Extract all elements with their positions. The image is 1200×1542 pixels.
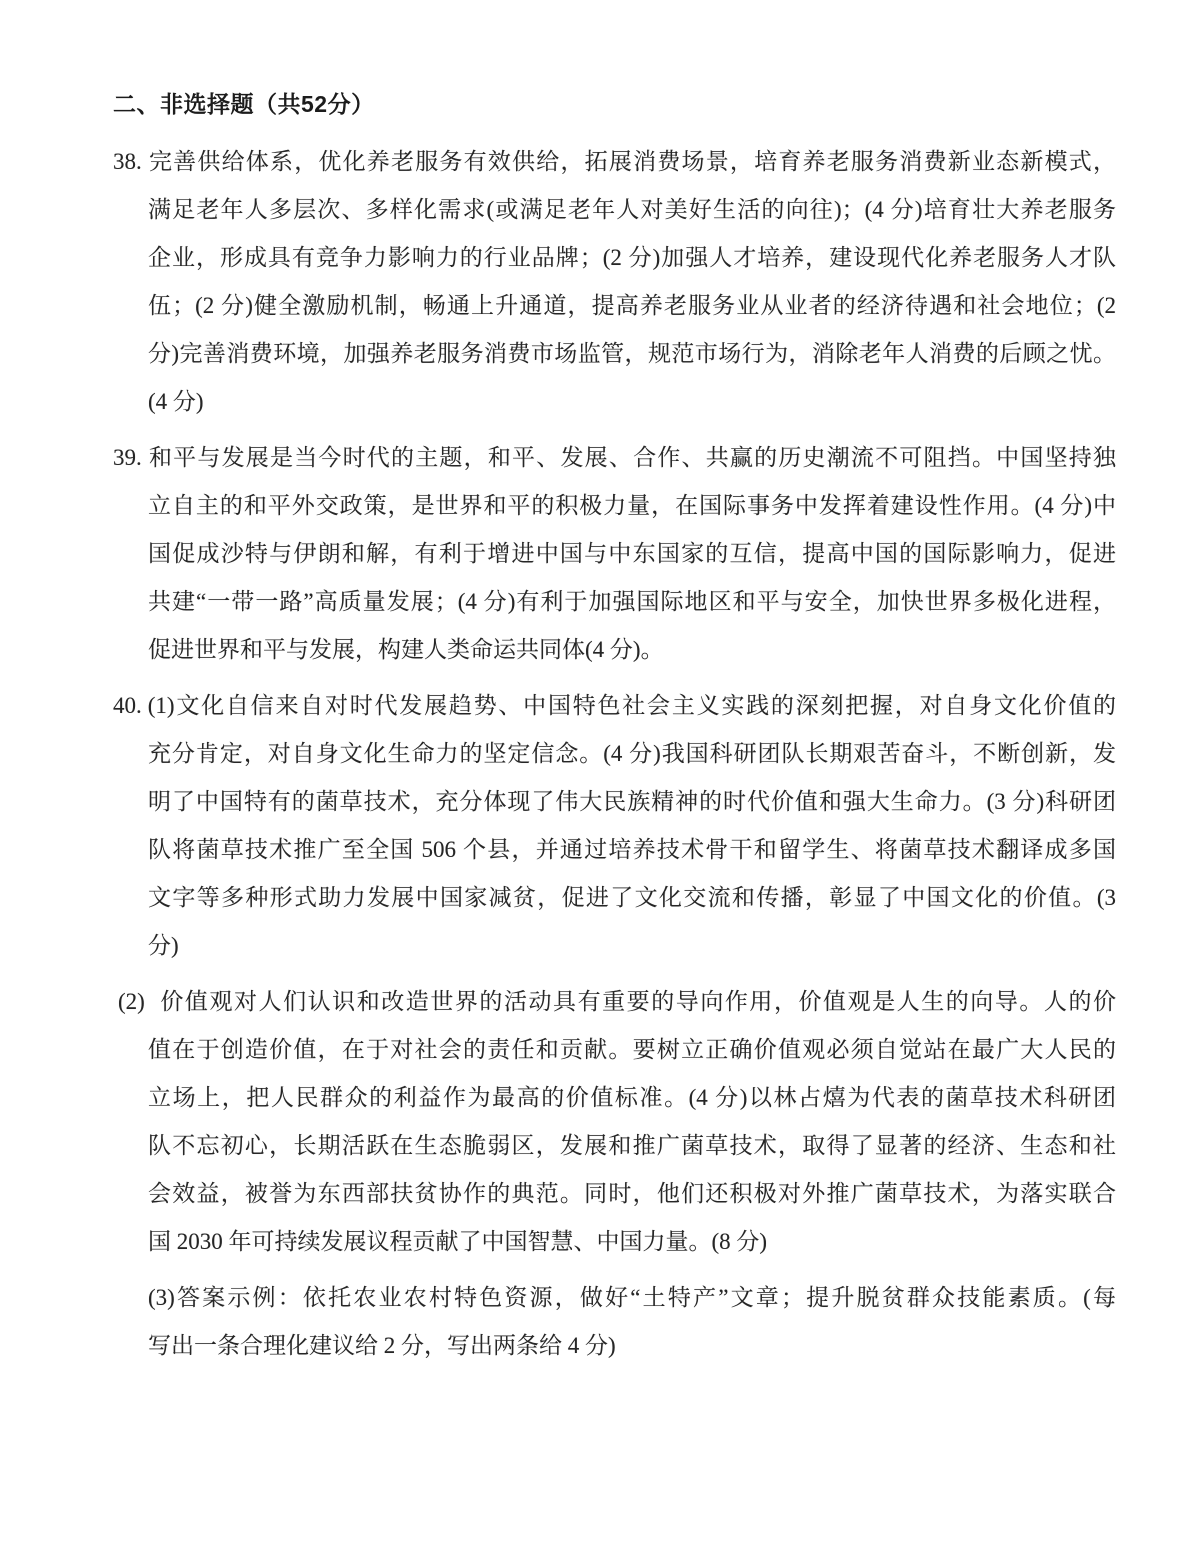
answer-text: (1)文化自信来自对时代发展趋势、中国特色社会主义实践的深刻把握，对自身文化价值… xyxy=(148,693,1116,718)
answer-text: 完善供给体系，优化养老服务有效供给，拓展消费场景，培育养老服务消费新业态新模式， xyxy=(148,149,1116,174)
question-number: 38. xyxy=(113,149,142,174)
text-line: 促进世界和平与发展，构建人类命运共同体(4 分)。 xyxy=(113,626,1116,674)
text-line: 国 2030 年可持续发展议程贡献了中国智慧、中国力量。(8 分) xyxy=(113,1218,1116,1266)
text-line: 值在于创造价值，在于对社会的责任和贡献。要树立正确价值观必须自觉站在最广大人民的 xyxy=(113,1026,1116,1074)
question-number: 39. xyxy=(113,445,142,470)
text-line: 38.完善供给体系，优化养老服务有效供给，拓展消费场景，培育养老服务消费新业态新… xyxy=(113,138,1116,186)
text-line: 会效益，被誉为东西部扶贫协作的典范。同时，他们还积极对外推广菌草技术，为落实联合 xyxy=(113,1170,1116,1218)
text-line: 共建“一带一路”高质量发展；(4 分)有利于加强国际地区和平与安全，加快世界多极… xyxy=(113,578,1116,626)
question-39: 39.和平与发展是当今时代的主题，和平、发展、合作、共赢的历史潮流不可阻挡。中国… xyxy=(113,434,1116,674)
question-40-part2: (2)价值观对人们认识和改造世界的活动具有重要的导向作用，价值观是人生的向导。人… xyxy=(113,978,1116,1266)
text-line: 国促成沙特与伊朗和解，有利于增进中国与中东国家的互信，提高中国的国际影响力，促进 xyxy=(113,530,1116,578)
section-heading: 二、非选择题（共52分） xyxy=(113,84,1200,124)
question-40-part1: 40.(1)文化自信来自对时代发展趋势、中国特色社会主义实践的深刻把握，对自身文… xyxy=(113,682,1116,970)
text-line: 立场上，把人民群众的利益作为最高的价值标准。(4 分)以林占熺为代表的菌草技术科… xyxy=(113,1074,1116,1122)
text-line: 40.(1)文化自信来自对时代发展趋势、中国特色社会主义实践的深刻把握，对自身文… xyxy=(113,682,1116,730)
text-line: 分)完善消费环境，加强养老服务消费市场监管，规范市场行为，消除老年人消费的后顾之… xyxy=(113,330,1116,378)
question-40-part3: (3)答案示例：依托农业农村特色资源，做好“土特产”文章；提升脱贫群众技能素质。… xyxy=(113,1274,1116,1370)
answer-list: 38.完善供给体系，优化养老服务有效供给，拓展消费场景，培育养老服务消费新业态新… xyxy=(113,138,1116,1370)
text-line: 39.和平与发展是当今时代的主题，和平、发展、合作、共赢的历史潮流不可阻挡。中国… xyxy=(113,434,1116,482)
text-line: 写出一条合理化建议给 2 分，写出两条给 4 分) xyxy=(113,1322,1116,1370)
answer-text: 价值观对人们认识和改造世界的活动具有重要的导向作用，价值观是人生的向导。人的价 xyxy=(159,989,1116,1014)
text-line: 企业，形成具有竞争力影响力的行业品牌；(2 分)加强人才培养，建设现代化养老服务… xyxy=(113,234,1116,282)
text-line: 满足老年人多层次、多样化需求(或满足老年人对美好生活的向往)；(4 分)培育壮大… xyxy=(113,186,1116,234)
text-line: 明了中国特有的菌草技术，充分体现了伟大民族精神的时代价值和强大生命力。(3 分)… xyxy=(113,778,1116,826)
text-line: 伍；(2 分)健全激励机制，畅通上升通道，提高养老服务业从业者的经济待遇和社会地… xyxy=(113,282,1116,330)
text-line: 分) xyxy=(113,922,1116,970)
question-number: (2) xyxy=(118,989,145,1014)
text-line: 队不忘初心，长期活跃在生态脆弱区，发展和推广菌草技术，取得了显著的经济、生态和社 xyxy=(113,1122,1116,1170)
text-line: 文字等多种形式助力发展中国家减贫，促进了文化交流和传播，彰显了中国文化的价值。(… xyxy=(113,874,1116,922)
text-line: 立自主的和平外交政策，是世界和平的积极力量，在国际事务中发挥着建设性作用。(4 … xyxy=(113,482,1116,530)
document-page: 二、非选择题（共52分） 38.完善供给体系，优化养老服务有效供给，拓展消费场景… xyxy=(0,0,1200,1542)
text-line: (4 分) xyxy=(113,378,1116,426)
text-line: 队将菌草技术推广至全国 506 个县，并通过培养技术骨干和留学生、将菌草技术翻译… xyxy=(113,826,1116,874)
answer-text: 和平与发展是当今时代的主题，和平、发展、合作、共赢的历史潮流不可阻挡。中国坚持独 xyxy=(148,445,1116,470)
text-line: 充分肯定，对自身文化生命力的坚定信念。(4 分)我国科研团队长期艰苦奋斗，不断创… xyxy=(113,730,1116,778)
text-line: (3)答案示例：依托农业农村特色资源，做好“土特产”文章；提升脱贫群众技能素质。… xyxy=(113,1274,1116,1322)
question-number: 40. xyxy=(113,693,142,718)
question-38: 38.完善供给体系，优化养老服务有效供给，拓展消费场景，培育养老服务消费新业态新… xyxy=(113,138,1116,426)
text-line: (2)价值观对人们认识和改造世界的活动具有重要的导向作用，价值观是人生的向导。人… xyxy=(113,978,1116,1026)
